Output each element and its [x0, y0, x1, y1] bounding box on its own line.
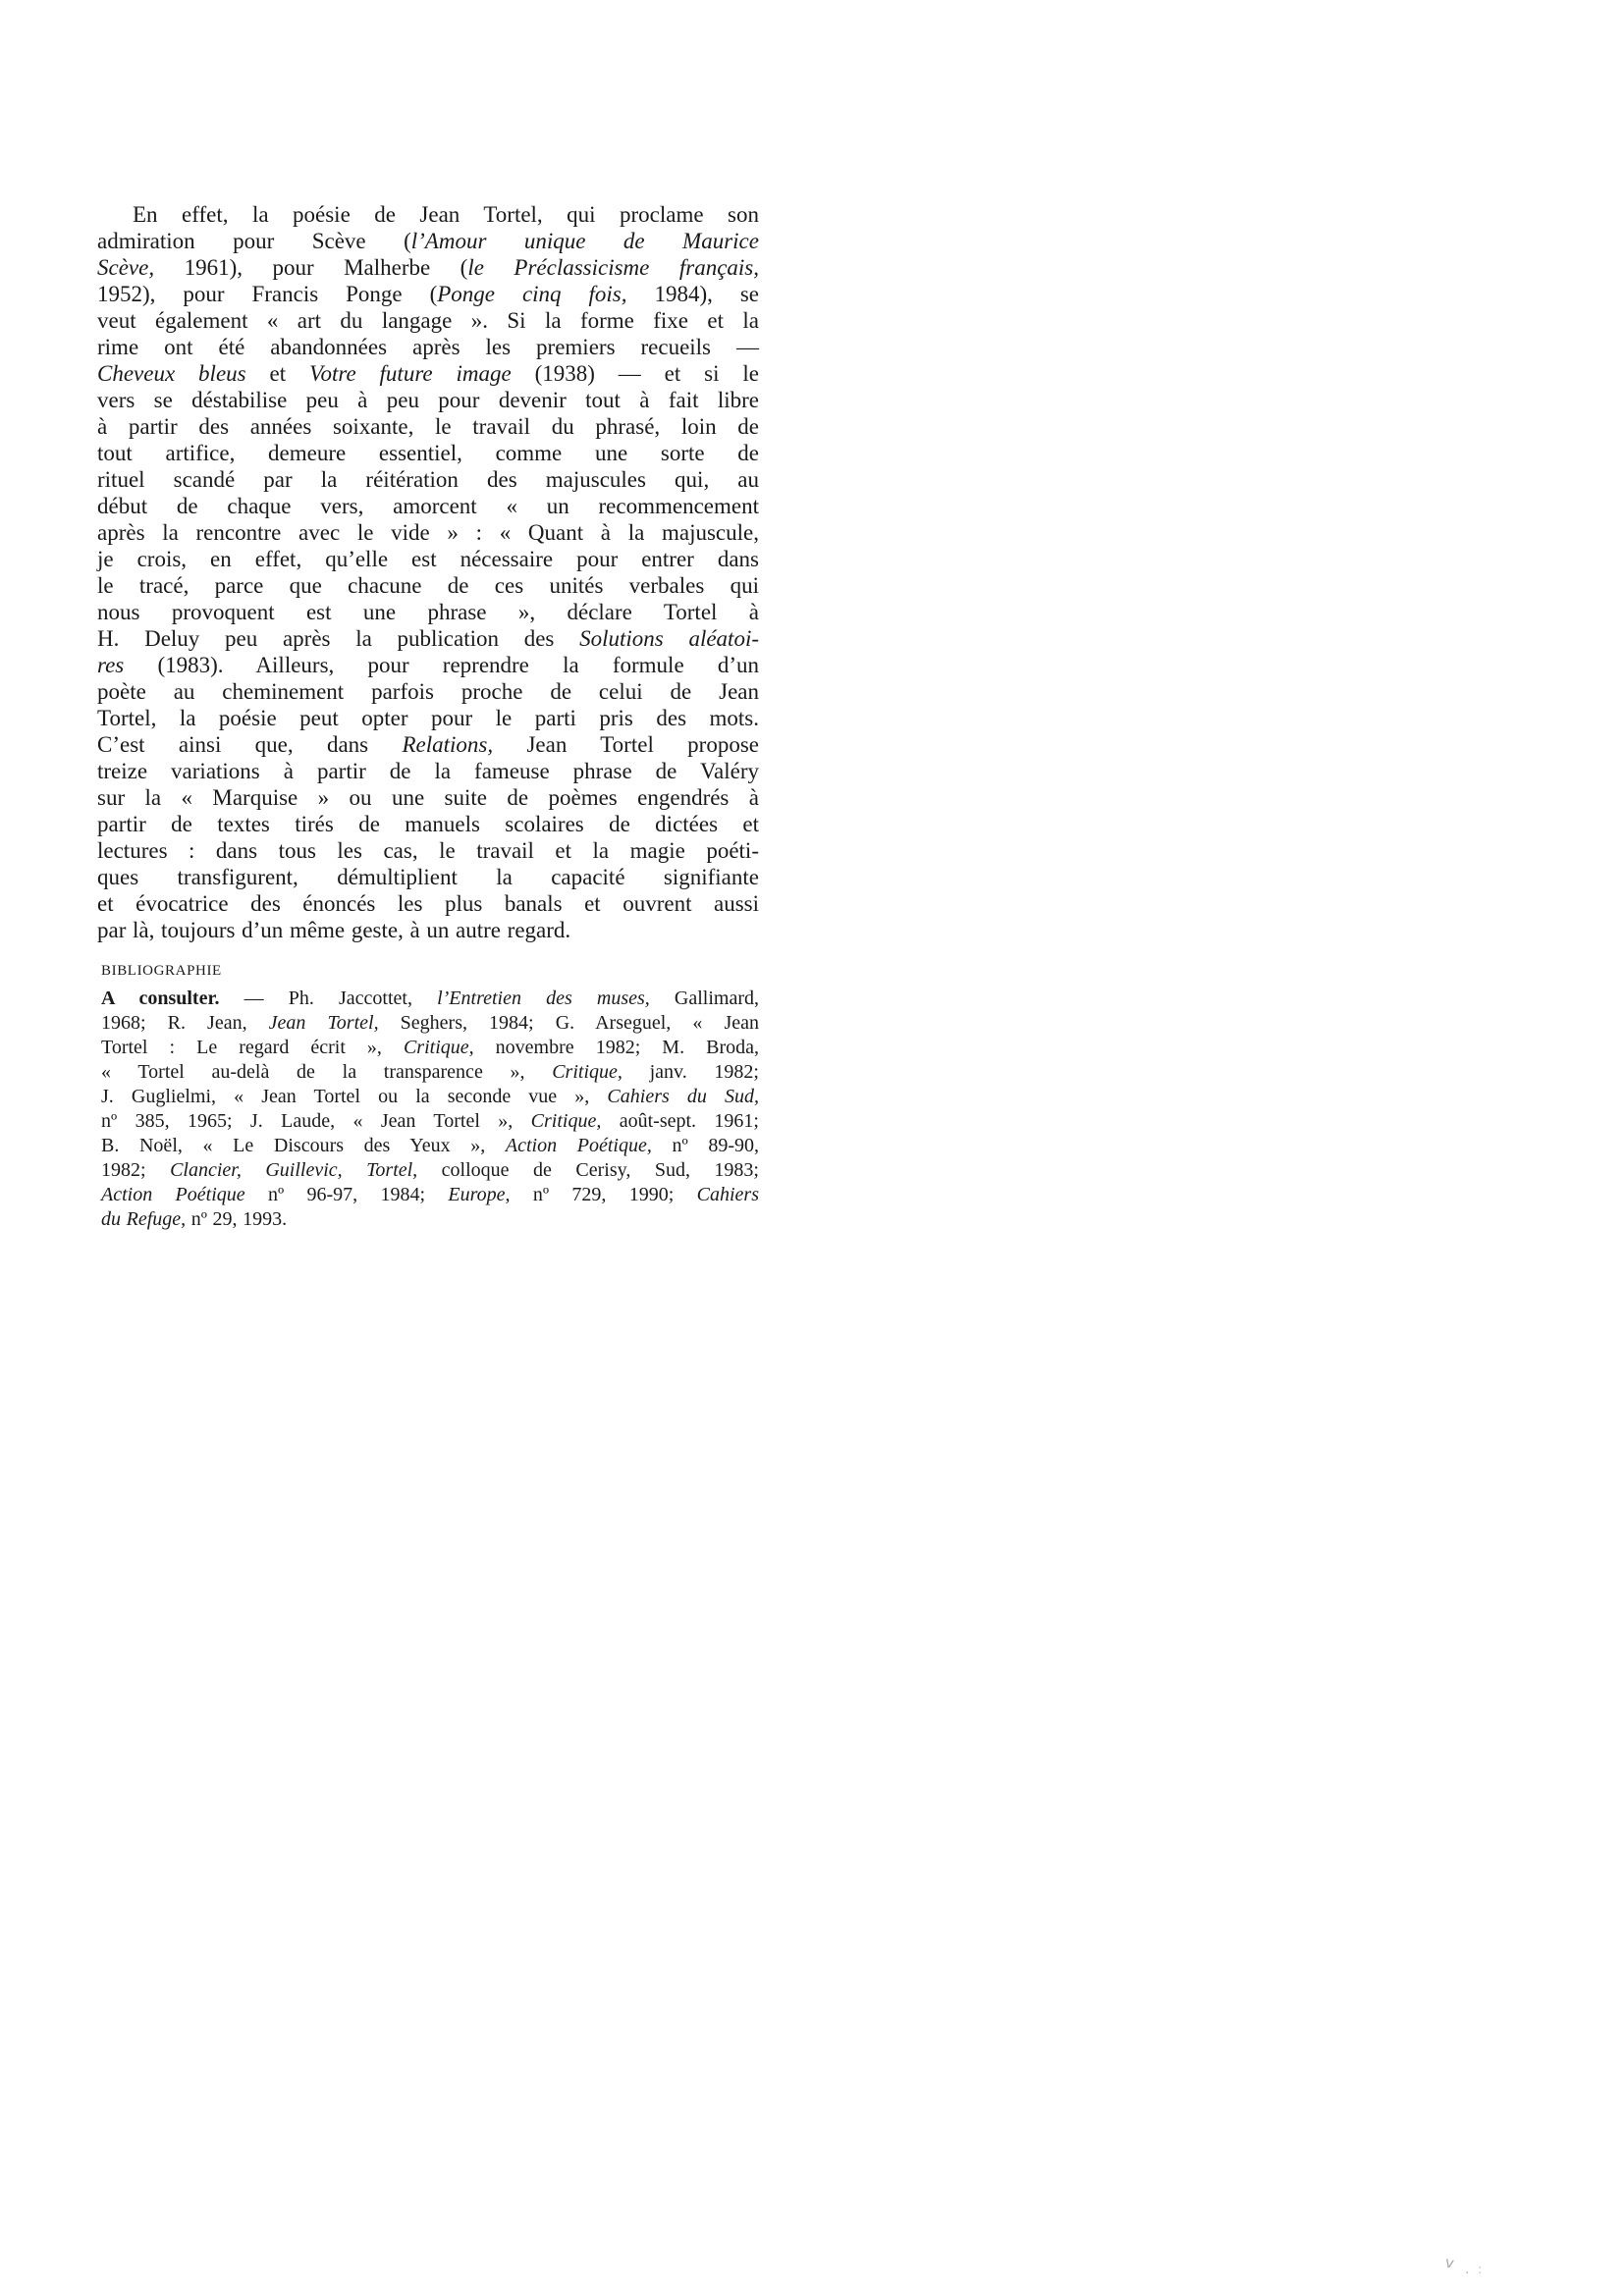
- text: tout artifice, demeure essentiel, comme …: [97, 441, 759, 465]
- italic-text: l’Amour unique de Maurice: [411, 229, 759, 253]
- text: C’est ainsi que, dans: [97, 732, 402, 757]
- text-line: je crois, en effet, qu’elle est nécessai…: [97, 546, 759, 572]
- text-line: nous provoquent est une phrase », déclar…: [97, 599, 759, 625]
- italic-text: Votre future image: [309, 361, 512, 386]
- text: août-sept. 1961;: [601, 1110, 759, 1132]
- text-line: En effet, la poésie de Jean Tortel, qui …: [97, 201, 759, 228]
- text: 1982;: [101, 1159, 170, 1181]
- text-line: « Tortel au-delà de la transparence », C…: [101, 1060, 759, 1085]
- bibliography-section: BIBLIOGRAPHIE A consulter. — Ph. Jaccott…: [101, 962, 759, 1232]
- text-line: H. Deluy peu après la publication des So…: [97, 625, 759, 652]
- text-line: Tortel, la poésie peut opter pour le par…: [97, 705, 759, 731]
- text: 1968; R. Jean,: [101, 1012, 269, 1034]
- text: B. Noël, « Le Discours des Yeux »,: [101, 1135, 506, 1156]
- italic-text: Ponge cinq fois,: [437, 282, 626, 306]
- italic-text: Relations,: [402, 732, 493, 757]
- text-line: Action Poétique nº 96-97, 1984; Europe, …: [101, 1183, 759, 1207]
- text-line: Tortel : Le regard écrit », Critique, no…: [101, 1036, 759, 1060]
- text-line: partir de textes tirés de manuels scolai…: [97, 811, 759, 837]
- text: nº 89-90,: [652, 1135, 759, 1156]
- bibliography-heading: BIBLIOGRAPHIE: [101, 962, 759, 980]
- text: novembre 1982; M. Broda,: [474, 1037, 759, 1058]
- text-line: B. Noël, « Le Discours des Yeux », Actio…: [101, 1134, 759, 1158]
- text: colloque de Cerisy, Sud, 1983;: [417, 1159, 759, 1181]
- italic-text: le Préclassicisme français,: [467, 255, 759, 280]
- text: veut également « art du langage ». Si la…: [97, 308, 759, 333]
- italic-text: Cheveux bleus: [97, 361, 246, 386]
- text: En effet, la poésie de Jean Tortel, qui …: [133, 202, 759, 227]
- italic-text: du Refuge,: [101, 1208, 186, 1230]
- pencil-mark: v: [1443, 2253, 1455, 2271]
- text-line: 1968; R. Jean, Jean Tortel, Seghers, 198…: [101, 1011, 759, 1036]
- text-line: du Refuge, nº 29, 1993.: [101, 1207, 759, 1232]
- text-line: par là, toujours d’un même geste, à un a…: [97, 917, 759, 943]
- text: nous provoquent est une phrase », déclar…: [97, 600, 759, 624]
- text: et: [246, 361, 309, 386]
- text-line: le tracé, parce que chacune de ces unité…: [97, 572, 759, 599]
- italic-text: Scève,: [97, 255, 154, 280]
- text: rituel scandé par la réitération des maj…: [97, 467, 759, 492]
- text: début de chaque vers, amorcent « un reco…: [97, 494, 759, 518]
- text: Tortel : Le regard écrit »,: [101, 1037, 404, 1058]
- italic-text: l’Entretien des muses,: [437, 988, 650, 1009]
- text: 1952), pour Francis Ponge (: [97, 282, 437, 306]
- text: Jean Tortel propose: [493, 732, 759, 757]
- text: sur la « Marquise » ou une suite de poèm…: [97, 785, 759, 810]
- text: admiration pour Scève (: [97, 229, 411, 253]
- text: (1983). Ailleurs, pour reprendre la form…: [124, 653, 759, 677]
- text-line: à partir des années soixante, le travail…: [97, 413, 759, 440]
- text: Seghers, 1984; G. Arseguel, « Jean: [379, 1012, 759, 1034]
- text-line: vers se déstabilise peu à peu pour deven…: [97, 387, 759, 413]
- text: treize variations à partir de la fameuse…: [97, 759, 759, 783]
- text: janv. 1982;: [623, 1061, 759, 1083]
- text: à partir des années soixante, le travail…: [97, 414, 759, 439]
- text-line: lectures : dans tous les cas, le travail…: [97, 837, 759, 864]
- text: J. Guglielmi, « Jean Tortel ou la second…: [101, 1086, 607, 1107]
- text: nº 29, 1993.: [186, 1208, 287, 1230]
- text: par là, toujours d’un même geste, à un a…: [97, 918, 570, 942]
- italic-text: Cahiers: [697, 1184, 759, 1205]
- italic-text: Clancier, Guillevic, Tortel,: [170, 1159, 417, 1181]
- text: (1938) — et si le: [512, 361, 759, 386]
- text: poète au cheminement parfois proche de c…: [97, 679, 759, 704]
- text-line: A consulter. — Ph. Jaccottet, l’Entretie…: [101, 987, 759, 1011]
- text: le tracé, parce que chacune de ces unité…: [97, 573, 759, 598]
- bold-text: A consulter.: [101, 988, 220, 1009]
- text: Gallimard,: [650, 988, 759, 1009]
- text-line: 1982; Clancier, Guillevic, Tortel, collo…: [101, 1158, 759, 1183]
- text-line: début de chaque vers, amorcent « un reco…: [97, 493, 759, 519]
- italic-text: Critique,: [552, 1061, 623, 1083]
- text: vers se déstabilise peu à peu pour deven…: [97, 388, 759, 412]
- bibliography-lines: A consulter. — Ph. Jaccottet, l’Entretie…: [101, 987, 759, 1232]
- text: lectures : dans tous les cas, le travail…: [97, 838, 759, 863]
- text-line: après la rencontre avec le vide » : « Qu…: [97, 519, 759, 546]
- text: 1961), pour Malherbe (: [154, 255, 467, 280]
- pencil-mark: ·: [1465, 2266, 1469, 2281]
- text-line: sur la « Marquise » ou une suite de poèm…: [97, 784, 759, 811]
- text: H. Deluy peu après la publication des: [97, 626, 579, 651]
- pencil-mark: :: [1478, 2263, 1482, 2277]
- text-line: res (1983). Ailleurs, pour reprendre la …: [97, 652, 759, 678]
- text: après la rencontre avec le vide » : « Qu…: [97, 520, 759, 545]
- italic-text: Critique,: [404, 1037, 474, 1058]
- text-line: Scève, 1961), pour Malherbe (le Préclass…: [97, 254, 759, 281]
- text: « Tortel au-delà de la transparence »,: [101, 1061, 552, 1083]
- text: — Ph. Jaccottet,: [220, 988, 438, 1009]
- text-line: treize variations à partir de la fameuse…: [97, 758, 759, 784]
- text-line: et évocatrice des énoncés les plus banal…: [97, 890, 759, 917]
- article-paragraph: En effet, la poésie de Jean Tortel, qui …: [97, 201, 759, 943]
- italic-text: Solutions aléatoi-: [579, 626, 759, 651]
- text: partir de textes tirés de manuels scolai…: [97, 812, 759, 836]
- text-line: tout artifice, demeure essentiel, comme …: [97, 440, 759, 466]
- text-line: admiration pour Scève (l’Amour unique de…: [97, 228, 759, 254]
- text-line: C’est ainsi que, dans Relations, Jean To…: [97, 731, 759, 758]
- italic-text: Cahiers du Sud,: [607, 1086, 759, 1107]
- italic-text: Europe,: [448, 1184, 510, 1205]
- text: nº 729, 1990;: [511, 1184, 697, 1205]
- text: ques transfigurent, démultiplient la cap…: [97, 865, 759, 889]
- italic-text: Action Poétique,: [506, 1135, 652, 1156]
- text: et évocatrice des énoncés les plus banal…: [97, 891, 759, 916]
- italic-text: Action Poétique: [101, 1184, 245, 1205]
- text-line: veut également « art du langage ». Si la…: [97, 307, 759, 334]
- text-line: 1952), pour Francis Ponge (Ponge cinq fo…: [97, 281, 759, 307]
- text-line: rime ont été abandonnées après les premi…: [97, 334, 759, 360]
- text-line: nº 385, 1965; J. Laude, « Jean Tortel »,…: [101, 1109, 759, 1134]
- text-line: Cheveux bleus et Votre future image (193…: [97, 360, 759, 387]
- text: je crois, en effet, qu’elle est nécessai…: [97, 547, 759, 571]
- text: nº 385, 1965; J. Laude, « Jean Tortel »,: [101, 1110, 531, 1132]
- text-line: J. Guglielmi, « Jean Tortel ou la second…: [101, 1085, 759, 1109]
- text: nº 96-97, 1984;: [245, 1184, 449, 1205]
- text-line: poète au cheminement parfois proche de c…: [97, 678, 759, 705]
- scanned-page: En effet, la poésie de Jean Tortel, qui …: [0, 0, 1624, 2296]
- text-line: ques transfigurent, démultiplient la cap…: [97, 864, 759, 890]
- text: rime ont été abandonnées après les premi…: [97, 335, 759, 359]
- italic-text: Jean Tortel,: [269, 1012, 379, 1034]
- italic-text: Critique,: [531, 1110, 602, 1132]
- text: 1984), se: [627, 282, 759, 306]
- text: Tortel, la poésie peut opter pour le par…: [97, 706, 759, 730]
- text-line: rituel scandé par la réitération des maj…: [97, 466, 759, 493]
- italic-text: res: [97, 653, 124, 677]
